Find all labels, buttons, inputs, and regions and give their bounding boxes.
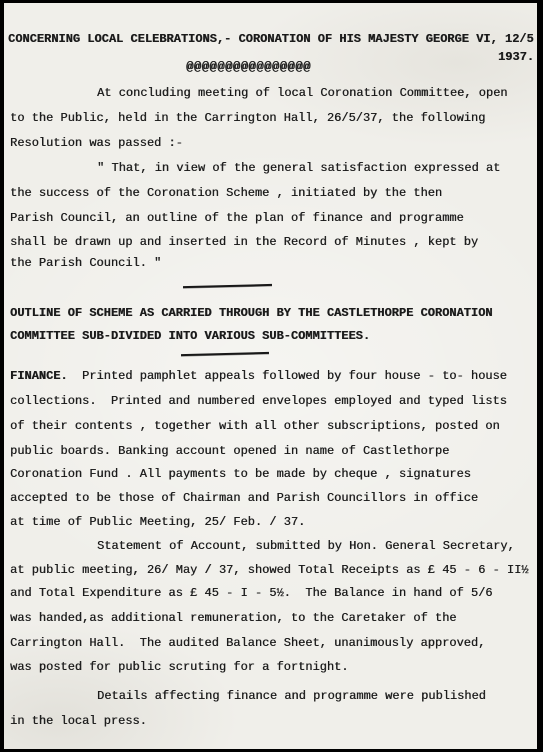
typewriter-ornament: @@@@@@@@@@@@@@@@ [186, 59, 311, 75]
finance-paragraph-line: collections. Printed and numbered envelo… [10, 393, 507, 409]
resolution-quote-line: the Parish Council. " [10, 255, 161, 271]
paragraph-line: to the Public, held in the Carrington Ha… [10, 110, 485, 126]
details-paragraph-line: Details affecting finance and programme … [97, 688, 486, 704]
statement-paragraph-line: at public meeting, 26/ May / 37, showed … [10, 562, 528, 578]
statement-paragraph-line: was handed,as additional remuneration, t… [10, 610, 456, 626]
resolution-quote-line: " That, in view of the general satisfact… [97, 160, 500, 176]
paragraph-line: Resolution was passed :- [10, 135, 183, 151]
finance-paragraph-line: accepted to be those of Chairman and Par… [10, 490, 478, 506]
finance-first-line: Printed pamphlet appeals followed by fou… [68, 369, 507, 383]
statement-paragraph-line: Statement of Account, submitted by Hon. … [97, 538, 515, 554]
section-heading-line: COMMITTEE SUB-DIVIDED INTO VARIOUS SUB-C… [10, 328, 370, 344]
paragraph-line: At concluding meeting of local Coronatio… [97, 85, 507, 101]
scanned-document: CONCERNING LOCAL CELEBRATIONS,- CORONATI… [0, 0, 543, 752]
divider-rule [183, 284, 272, 288]
finance-paragraph-line: of their contents , together with all ot… [10, 418, 500, 434]
section-heading-line: OUTLINE OF SCHEME AS CARRIED THROUGH BY … [10, 305, 492, 321]
finance-paragraph-line: FINANCE. Printed pamphlet appeals follow… [10, 368, 507, 384]
divider-rule [181, 352, 269, 356]
statement-paragraph-line: and Total Expenditure as £ 45 - I - 5½. … [10, 585, 492, 601]
document-title: CONCERNING LOCAL CELEBRATIONS,- CORONATI… [8, 31, 534, 47]
finance-paragraph-line: public boards. Banking account opened in… [10, 443, 449, 459]
finance-heading: FINANCE. [10, 369, 68, 383]
finance-paragraph-line: at time of Public Meeting, 25/ Feb. / 37… [10, 514, 305, 530]
statement-paragraph-line: Carrington Hall. The audited Balance She… [10, 635, 485, 651]
details-paragraph-line: in the local press. [10, 713, 147, 729]
document-year: 1937. [498, 49, 534, 65]
resolution-quote-line: shall be drawn up and inserted in the Re… [10, 234, 478, 250]
statement-paragraph-line: was posted for public scruting for a for… [10, 659, 348, 675]
finance-paragraph-line: Coronation Fund . All payments to be mad… [10, 466, 471, 482]
resolution-quote-line: Parish Council, an outline of the plan o… [10, 210, 464, 226]
resolution-quote-line: the success of the Coronation Scheme , i… [10, 185, 442, 201]
document-content: CONCERNING LOCAL CELEBRATIONS,- CORONATI… [0, 0, 543, 752]
